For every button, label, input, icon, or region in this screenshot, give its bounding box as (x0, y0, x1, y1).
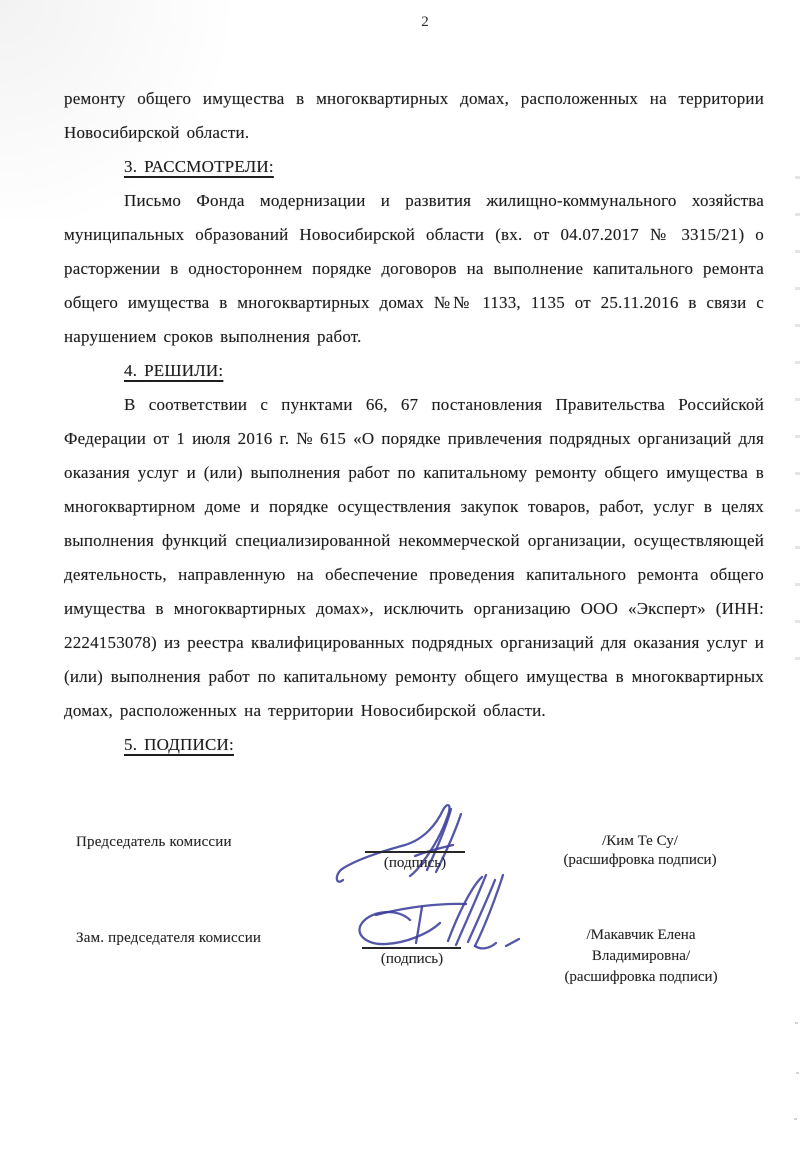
scan-speck-artifact (795, 1022, 798, 1024)
section-heading-3-text: 3. РАССМОТРЕЛИ: (124, 157, 274, 176)
name-caption-1: (расшифровка подписи) (545, 850, 735, 871)
scan-edge-bleed-artifacts (795, 176, 800, 662)
section-heading-5-text: 5. ПОДПИСИ: (124, 735, 234, 754)
signatory-role-chairman: Председатель комиссии (76, 834, 232, 851)
signature-caption-1: (подпись) (359, 855, 471, 872)
signature-caption-2: (подпись) (356, 951, 468, 968)
section-4-paragraph: В соответствии с пунктами 66, 67 постано… (64, 388, 764, 728)
document-body: ремонту общего имущества в многоквартирн… (64, 82, 764, 762)
scan-speck-artifact (796, 1072, 799, 1074)
section-heading-5: 5. ПОДПИСИ: (64, 728, 764, 762)
handwritten-signature-deputy (348, 872, 528, 958)
scanned-document-page: 2 ремонту общего имущества в многокварти… (0, 0, 800, 1154)
signatory-name-chairman: /Ким Те Су/ (545, 831, 735, 852)
section-3-paragraph: Письмо Фонда модернизации и развития жил… (64, 184, 764, 354)
scan-speck-artifact (794, 1118, 797, 1120)
signature-line-1 (365, 851, 465, 853)
section-heading-4-text: 4. РЕШИЛИ: (124, 361, 223, 380)
signatory-name-deputy: /Макавчик Елена Владимировна/ (550, 925, 732, 967)
signature-line-2 (362, 947, 461, 949)
name-caption-2: (расшифровка подписи) (548, 967, 734, 988)
section-heading-4: 4. РЕШИЛИ: (64, 354, 764, 388)
paragraph-continuation: ремонту общего имущества в многоквартирн… (64, 82, 764, 150)
section-heading-3: 3. РАССМОТРЕЛИ: (64, 150, 764, 184)
page-number: 2 (390, 14, 460, 31)
signatory-role-deputy-chairman: Зам. председателя комиссии (76, 930, 261, 947)
